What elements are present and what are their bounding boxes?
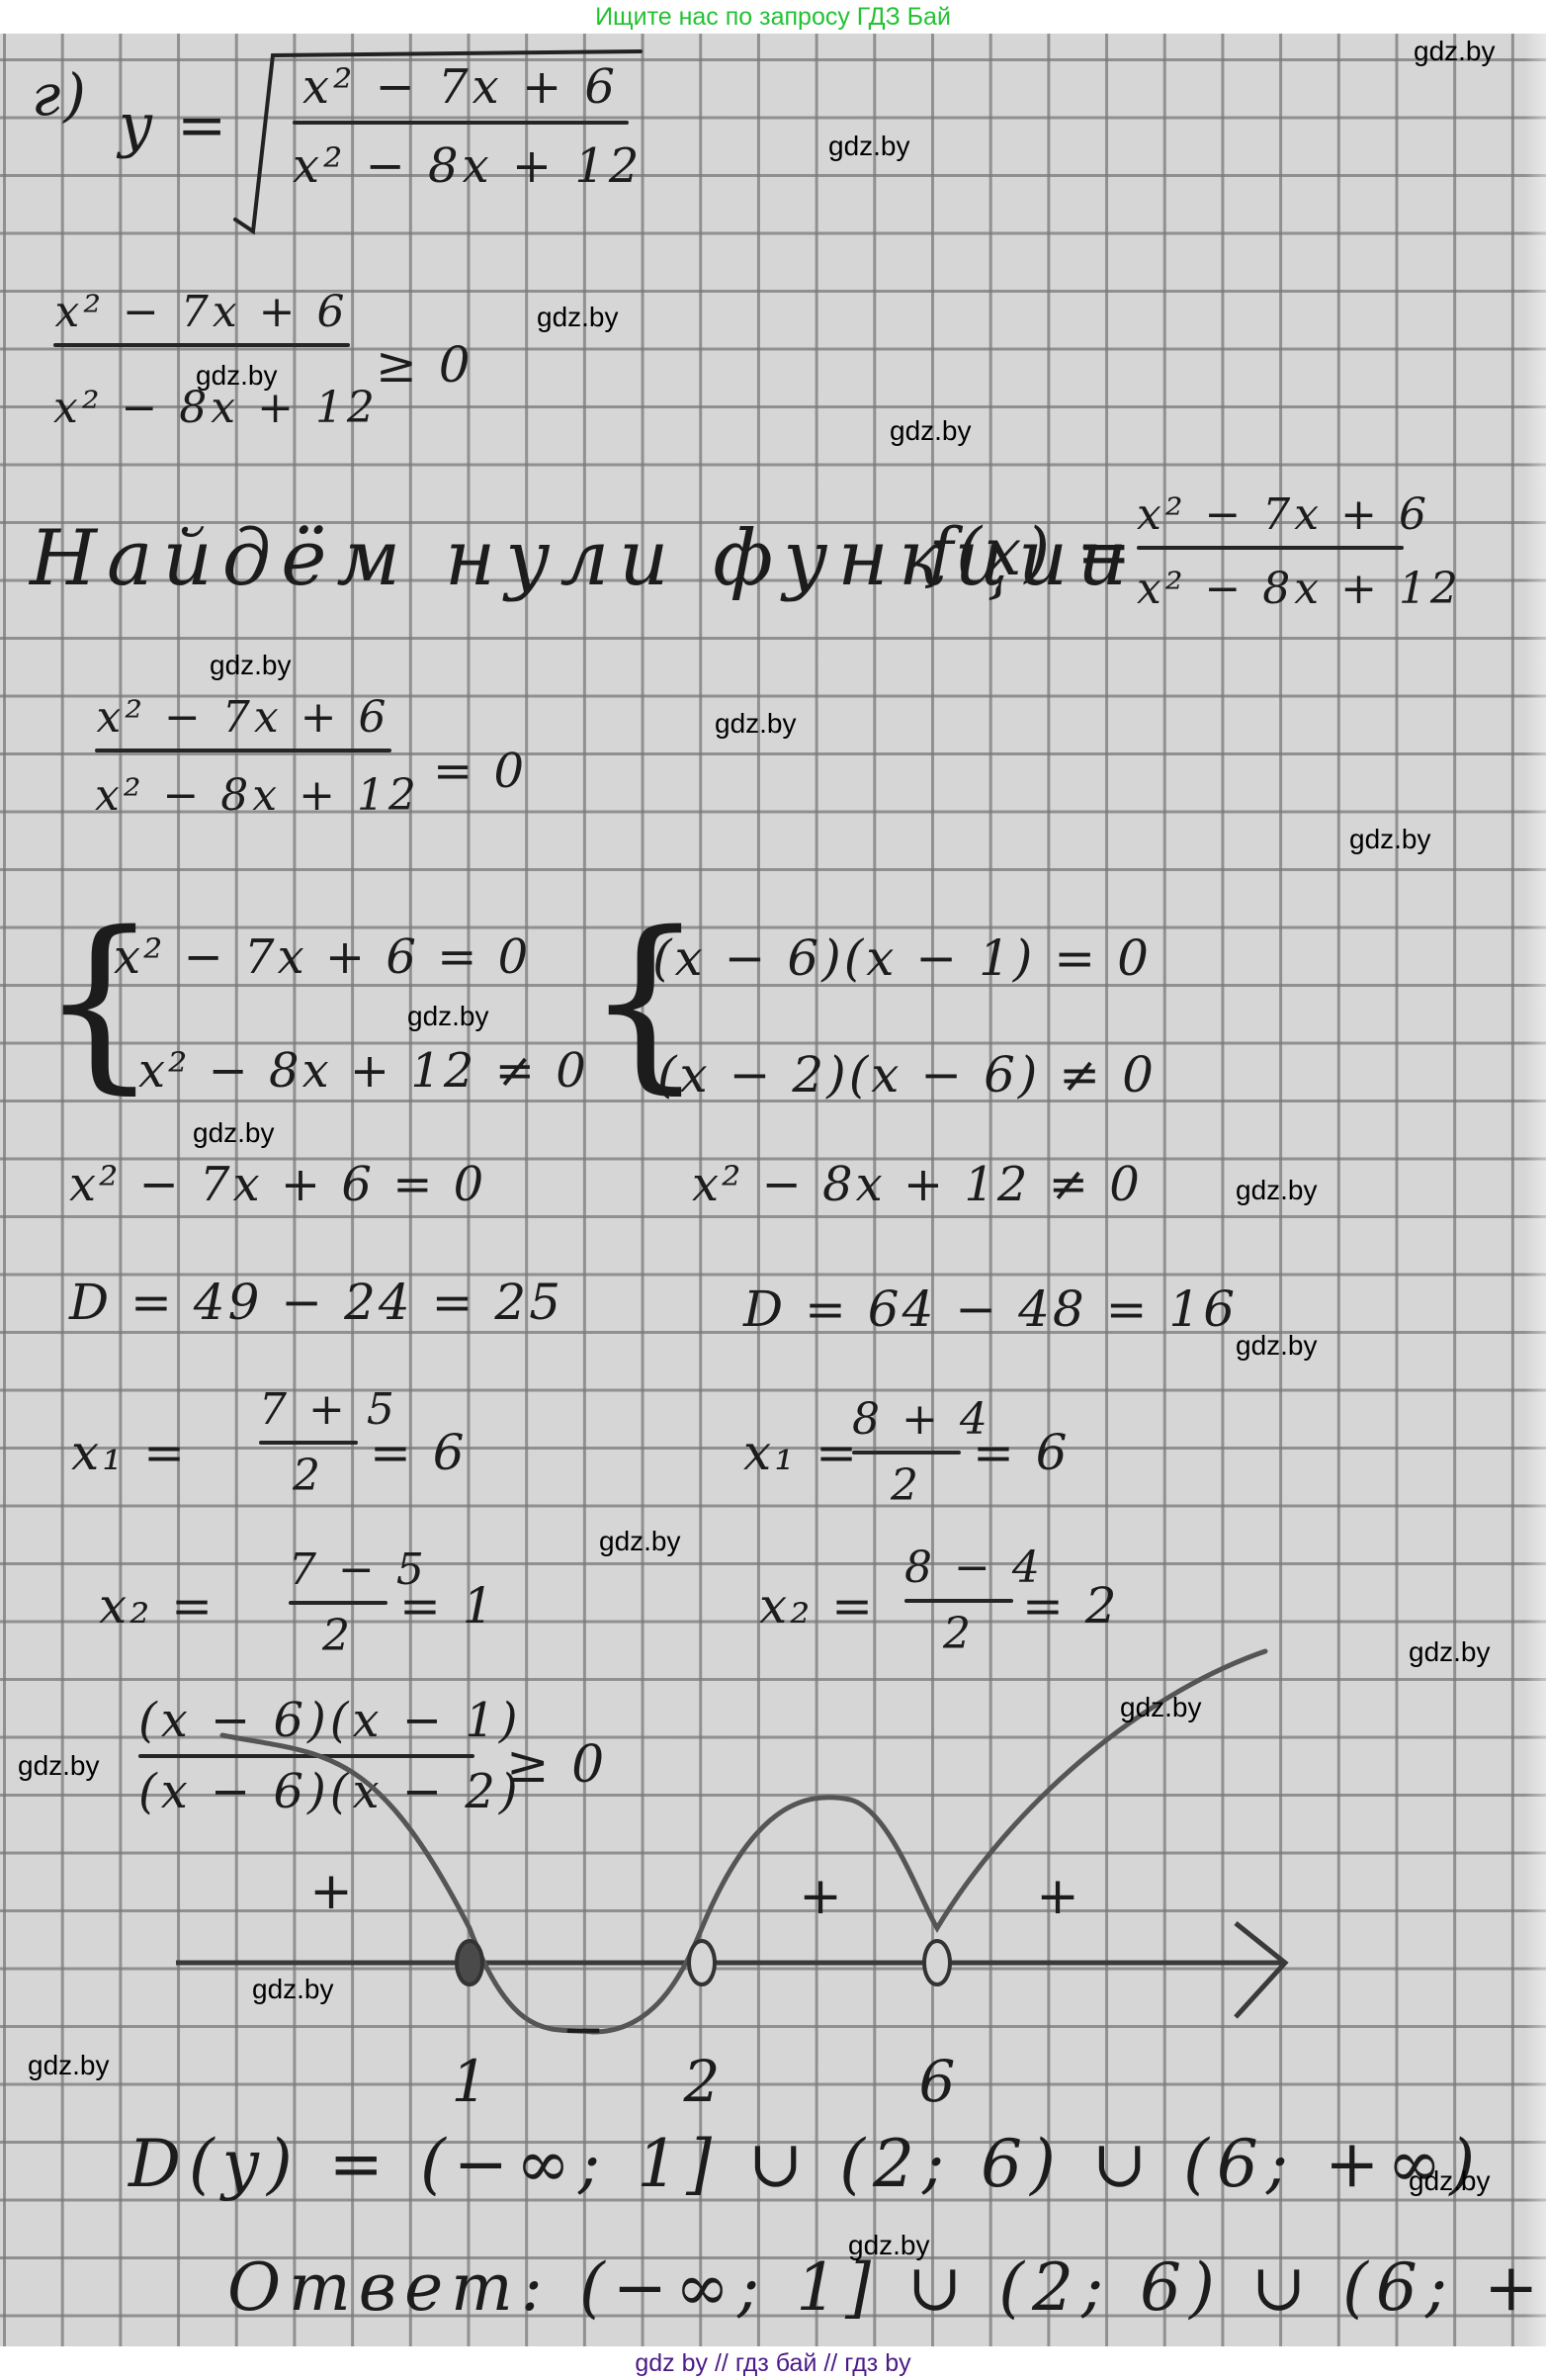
problem-label: г) bbox=[32, 61, 89, 129]
watermark: gdz.by bbox=[210, 650, 292, 681]
system-right-eq-2: (x − 2)(x − 6) ≠ 0 bbox=[657, 1046, 1157, 1103]
right-x2-denominator: 2 bbox=[904, 1609, 1013, 1659]
interval-sign: + bbox=[799, 1867, 842, 1926]
footer-links: gdz by // гдз бай // гдз by bbox=[0, 2346, 1546, 2380]
system-right-eq-1: (x − 6)(x − 1) = 0 bbox=[652, 929, 1152, 987]
watermark: gdz.by bbox=[252, 1974, 334, 2005]
right-x1-fraction: 8 + 4 2 bbox=[852, 1394, 961, 1511]
inequality-fraction: (x − 6)(x − 1) (x − 6)(x − 2) bbox=[138, 1693, 474, 1819]
point-label: 1 bbox=[452, 2048, 488, 2115]
open-point bbox=[689, 1941, 715, 1984]
right-discriminant: D = 64 − 48 = 16 bbox=[743, 1280, 1238, 1338]
watermark: gdz.by bbox=[890, 415, 972, 447]
left-x2-lhs: x₂ = bbox=[99, 1577, 215, 1634]
watermark: gdz.by bbox=[537, 302, 619, 333]
right-x2-fraction: 8 − 4 2 bbox=[904, 1543, 1013, 1659]
watermark: gdz.by bbox=[1120, 1692, 1202, 1723]
left-x2-result: = 1 bbox=[399, 1577, 497, 1634]
radicand-fraction: x² − 7x + 6 x² − 8x + 12 bbox=[293, 59, 629, 194]
fraction-bar bbox=[904, 1599, 1013, 1603]
left-x1-numerator: 7 + 5 bbox=[259, 1384, 358, 1435]
sign-chart: 126+−++ bbox=[0, 1839, 1546, 2106]
radicand-denominator: x² − 8x + 12 bbox=[293, 138, 629, 194]
fraction-bar bbox=[95, 749, 391, 752]
left-x2-fraction: 7 − 5 2 bbox=[289, 1544, 387, 1661]
left-x1-lhs: x₁ = bbox=[71, 1424, 188, 1481]
watermark: gdz.by bbox=[1409, 1636, 1491, 1668]
heading-fraction: x² − 7x + 6 x² − 8x + 12 bbox=[1137, 489, 1404, 614]
fraction-bar bbox=[289, 1601, 387, 1605]
heading-fx: f(x) = bbox=[929, 514, 1134, 590]
search-banner: Ищите нас по запросу ГДЗ Бай bbox=[0, 0, 1546, 34]
watermark: gdz.by bbox=[407, 1001, 489, 1032]
watermark: gdz.by bbox=[848, 2230, 930, 2261]
left-x1-fraction: 7 + 5 2 bbox=[259, 1384, 358, 1501]
left-x1-result: = 6 bbox=[370, 1424, 468, 1481]
inequality-denominator: (x − 6)(x − 2) bbox=[138, 1764, 474, 1819]
arrow-icon bbox=[1236, 1923, 1285, 2017]
interval-sign: + bbox=[1036, 1867, 1079, 1926]
left-equation: x² − 7x + 6 = 0 bbox=[69, 1157, 486, 1212]
right-x1-lhs: x₁ = bbox=[743, 1424, 860, 1481]
system-left-eq-2: x² − 8x + 12 ≠ 0 bbox=[138, 1043, 589, 1099]
fraction-bar bbox=[138, 1754, 474, 1758]
watermark: gdz.by bbox=[1236, 1330, 1318, 1362]
filled-point bbox=[457, 1941, 482, 1984]
watermark: gdz.by bbox=[28, 2050, 110, 2081]
left-discriminant: D = 49 − 24 = 25 bbox=[69, 1274, 563, 1331]
zero-numerator: x² − 7x + 6 bbox=[95, 692, 391, 743]
zero-fraction: x² − 7x + 6 x² − 8x + 12 bbox=[95, 692, 391, 821]
left-x1-denominator: 2 bbox=[259, 1451, 358, 1501]
watermark: gdz.by bbox=[196, 360, 278, 392]
interval-sign: + bbox=[309, 1862, 353, 1921]
watermark: gdz.by bbox=[1349, 824, 1431, 855]
watermark: gdz.by bbox=[828, 131, 910, 162]
open-point bbox=[924, 1941, 950, 1984]
zero-denominator: x² − 8x + 12 bbox=[95, 770, 391, 821]
right-x1-result: = 6 bbox=[973, 1424, 1071, 1481]
fraction-bar bbox=[1137, 546, 1404, 550]
inequality-relation: ≥ 0 bbox=[506, 1735, 607, 1795]
watermark: gdz.by bbox=[1414, 36, 1496, 67]
point-label: 2 bbox=[683, 2048, 721, 2115]
fraction-bar bbox=[293, 121, 629, 125]
condition-numerator: x² − 7x + 6 bbox=[53, 287, 350, 337]
domain-line: D(y) = (−∞; 1] ∪ (2; 6) ∪ (6; +∞) bbox=[129, 2126, 1483, 2202]
condition-relation: ≥ 0 bbox=[376, 336, 473, 394]
fraction-bar bbox=[53, 343, 350, 347]
left-x2-numerator: 7 − 5 bbox=[289, 1544, 387, 1595]
point-label: 6 bbox=[919, 2048, 956, 2115]
watermark: gdz.by bbox=[18, 1750, 100, 1782]
interval-sign: − bbox=[561, 2000, 605, 2060]
right-x1-denominator: 2 bbox=[852, 1460, 961, 1511]
watermark: gdz.by bbox=[715, 708, 797, 740]
right-x2-lhs: x₂ = bbox=[759, 1577, 876, 1634]
zero-relation: = 0 bbox=[433, 744, 527, 799]
right-x2-result: = 2 bbox=[1022, 1577, 1120, 1634]
left-x2-denominator: 2 bbox=[289, 1611, 387, 1661]
heading-denominator: x² − 8x + 12 bbox=[1137, 564, 1404, 614]
watermark: gdz.by bbox=[1409, 2165, 1491, 2197]
heading-numerator: x² − 7x + 6 bbox=[1137, 489, 1404, 540]
fraction-bar bbox=[852, 1451, 961, 1454]
watermark: gdz.by bbox=[1236, 1175, 1318, 1206]
system-left-eq-1: x² − 7x + 6 = 0 bbox=[114, 929, 531, 985]
watermark: gdz.by bbox=[193, 1117, 275, 1149]
watermark: gdz.by bbox=[599, 1526, 681, 1557]
inequality-numerator: (x − 6)(x − 1) bbox=[138, 1693, 474, 1748]
right-equation: x² − 8x + 12 ≠ 0 bbox=[692, 1157, 1143, 1212]
radicand-numerator: x² − 7x + 6 bbox=[293, 59, 629, 115]
right-x2-numerator: 8 − 4 bbox=[904, 1543, 1013, 1593]
function-lhs: y = bbox=[119, 91, 229, 160]
fraction-bar bbox=[259, 1441, 358, 1445]
right-x1-numerator: 8 + 4 bbox=[852, 1394, 961, 1445]
